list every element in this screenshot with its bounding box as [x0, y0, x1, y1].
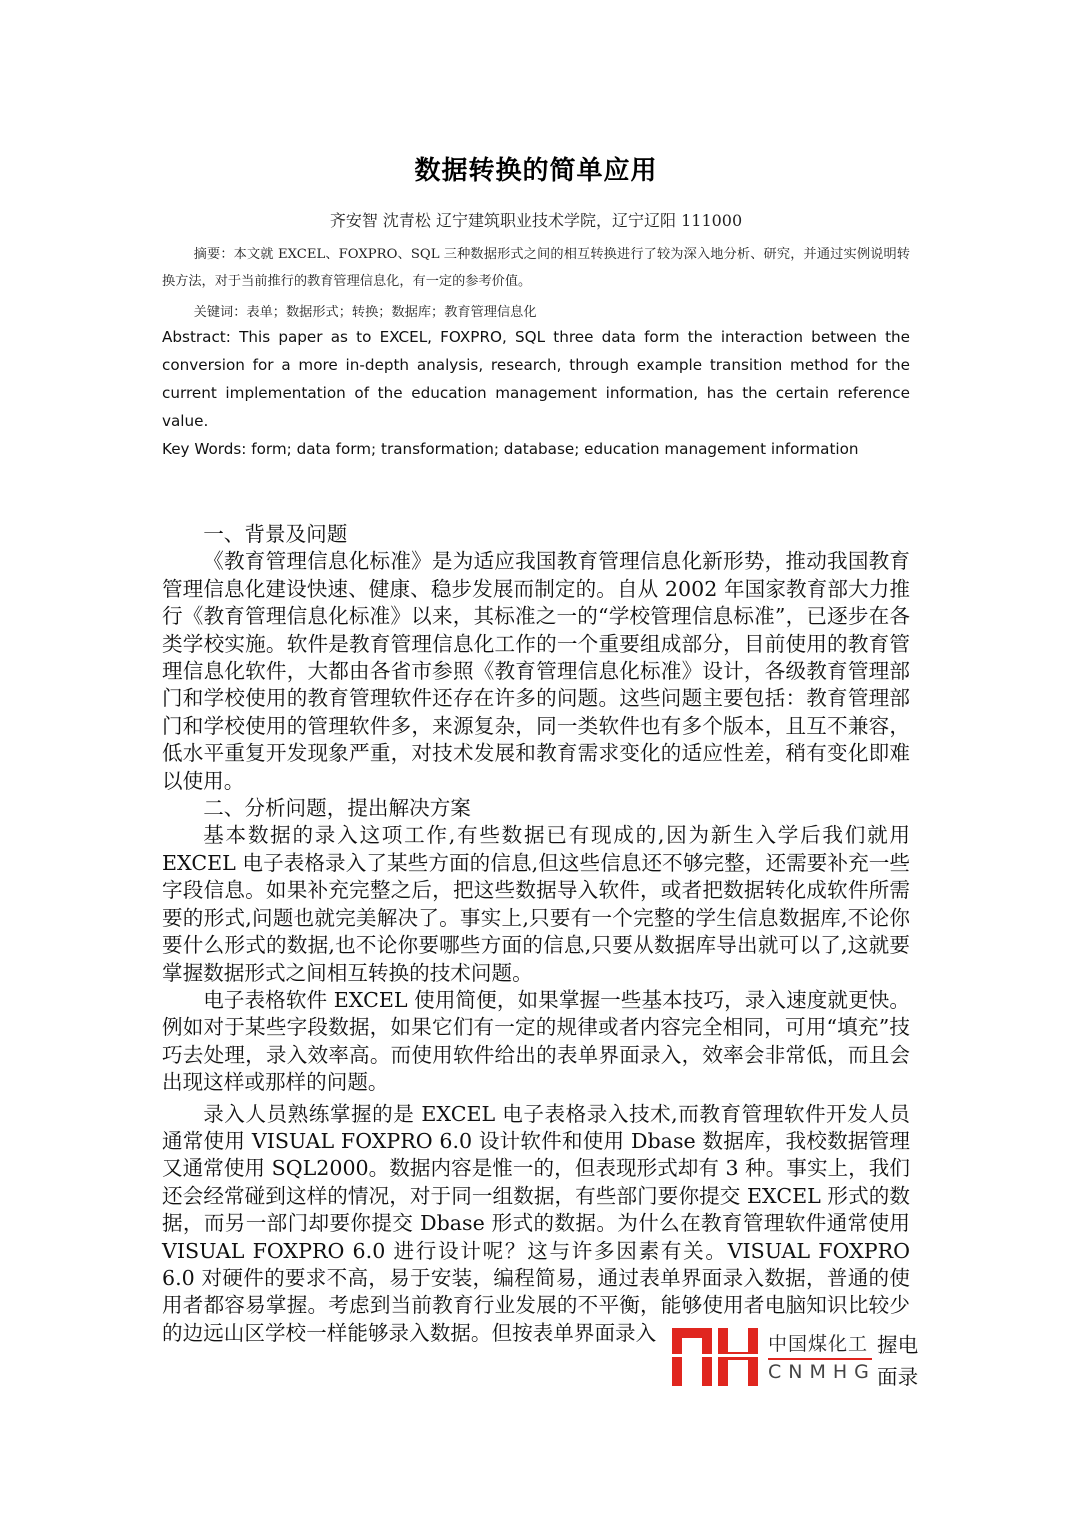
paper-body: 一、背景及问题 《教育管理信息化标准》是为适应我国教育管理信息化新形势，推动我国… — [162, 521, 910, 1347]
section-heading-2: 二、分析问题，提出解决方案 — [162, 795, 910, 822]
watermark-name-en: CNMHG — [768, 1361, 876, 1383]
keywords-english: Key Words: form; data form; transformati… — [162, 435, 910, 463]
body-paragraph: 电子表格软件 EXCEL 使用简便，如果掌握一些基本技巧，录入速度就更快。例如对… — [162, 987, 910, 1097]
watermark-tail-text: 握电 — [877, 1328, 918, 1358]
body-paragraph: 基本数据的录入这项工作,有些数据已有现成的,因为新生入学后我们就用 EXCEL … — [162, 822, 910, 986]
cnmhg-logo-icon — [672, 1328, 758, 1386]
author-affiliation: 齐安智 沈青松 辽宁建筑职业技术学院，辽宁辽阳 111000 — [162, 208, 910, 231]
section-heading-1: 一、背景及问题 — [162, 521, 910, 548]
keywords-chinese: 关键词：表单；数据形式；转换；数据库；教育管理信息化 — [162, 299, 910, 326]
watermark-logo: 中国煤化工 握电 CNMHG 面录 — [672, 1328, 922, 1388]
abstract-english: Abstract: This paper as to EXCEL, FOXPRO… — [162, 323, 910, 435]
body-paragraph: 录入人员熟练掌握的是 EXCEL 电子表格录入技术,而教育管理软件开发人员通常使… — [162, 1101, 910, 1348]
watermark-name-cn: 中国煤化工 — [768, 1329, 868, 1356]
watermark-divider — [768, 1358, 872, 1360]
body-paragraph: 《教育管理信息化标准》是为适应我国教育管理信息化新形势，推动我国教育管理信息化建… — [162, 548, 910, 795]
paper-title: 数据转换的简单应用 — [162, 150, 910, 187]
abstract-chinese: 摘要：本文就 EXCEL、FOXPRO、SQL 三种数据形式之间的相互转换进行了… — [162, 241, 910, 295]
watermark-tail-text: 面录 — [877, 1360, 918, 1390]
